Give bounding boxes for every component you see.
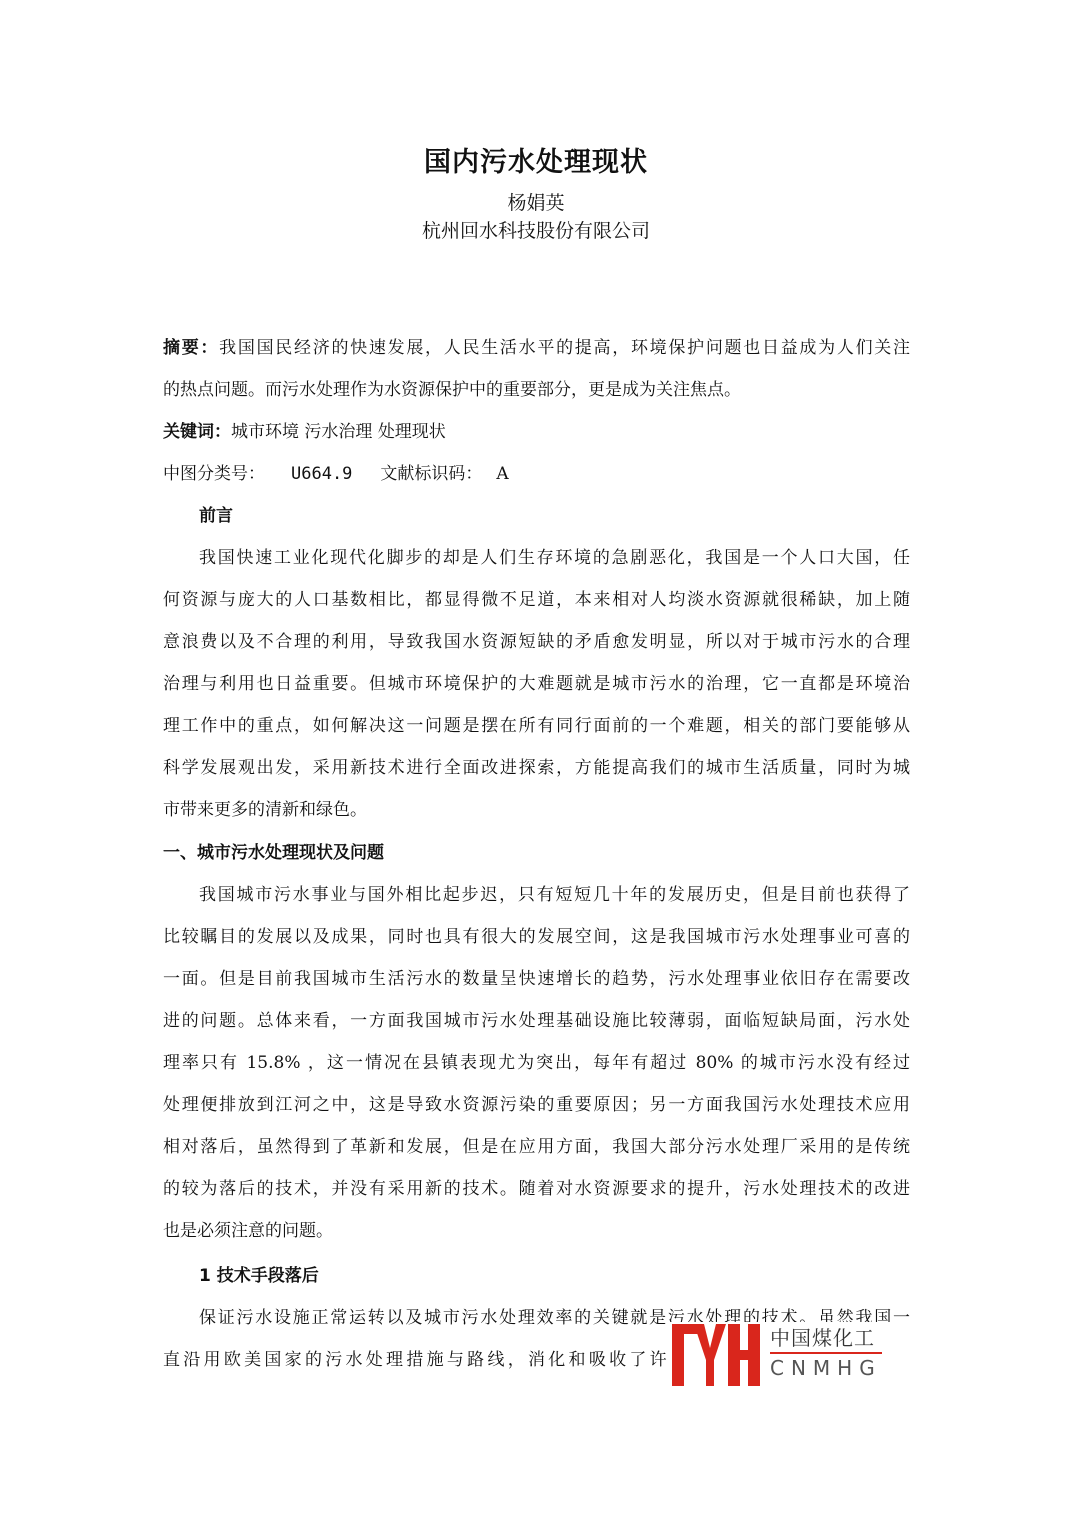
section-heading: 一、城市污水处理现状及问题 [163, 832, 910, 874]
preface-heading: 前言 [163, 495, 910, 537]
abstract: 摘要：我国国民经济的快速发展，人民生活水平的提高，环境保护问题也日益成为人们关注… [163, 327, 910, 411]
paragraph-line: 意浪费以及不合理的利用，导致我国水资源短缺的矛盾愈发明显，所以对于城市污水的合理 [163, 621, 910, 663]
paragraph-line: 理率只有 15.8% ，这一情况在县镇表现尤为突出，每年有超过 80% 的城市污… [163, 1042, 910, 1084]
keyword: 污水治理 [304, 422, 372, 442]
paragraph-line: 治理与利用也日益重要。但城市环境保护的大难题就是城市污水的治理，它一直都是环境治 [163, 663, 910, 705]
watermark-divider [770, 1352, 882, 1354]
paragraph-line: 进的问题。总体来看，一方面我国城市污水处理基础设施比较薄弱，面临短缺局面，污水处 [163, 1000, 910, 1042]
paragraph-line: 我国城市污水事业与国外相比起步迟，只有短短几十年的发展历史，但是目前也获得了 [163, 874, 910, 916]
paragraph-line: 理工作中的重点，如何解决这一问题是摆在所有同行面前的一个难题，相关的部门要能够从 [163, 705, 910, 747]
keyword: 处理现状 [378, 422, 446, 442]
paragraph-line: 的较为落后的技术，并没有采用新的技术。随着对水资源要求的提升，污水处理技术的改进 [163, 1168, 910, 1210]
author-affiliation: 杭州回水科技股份有限公司 [0, 216, 1072, 243]
paragraph-line: 比较瞩目的发展以及成果，同时也具有很大的发展空间，这是我国城市污水处理事业可喜的 [163, 916, 910, 958]
subsection-heading: 1 技术手段落后 [163, 1255, 910, 1297]
abstract-label: 摘要： [163, 338, 219, 358]
abstract-line: 的热点问题。而污水处理作为水资源保护中的重要部分，更是成为关注焦点。 [163, 369, 910, 411]
doc-code-value: A [496, 464, 508, 484]
abstract-line: 我国国民经济的快速发展，人民生活水平的提高，环境保护问题也日益成为人们关注 [219, 338, 910, 358]
page-title: 国内污水处理现状 [0, 140, 1072, 179]
paragraph-line: 处理便排放到江河之中，这是导致水资源污染的重要原因；另一方面我国污水处理技术应用 [163, 1084, 910, 1126]
doc-code-label: 文献标识码： [380, 464, 482, 484]
author-name: 杨娟英 [0, 188, 1072, 215]
watermark-name-cn: 中国煤化工 [770, 1322, 875, 1351]
keyword: 城市环境 [231, 422, 299, 442]
keywords: 关键词：城市环境 污水治理 处理现状 [163, 411, 910, 453]
watermark-logo: 中国煤化工 CNMHG [670, 1322, 920, 1388]
mh-logo-icon [670, 1322, 762, 1388]
paragraph-line: 市带来更多的清新和绿色。 [163, 789, 910, 831]
paragraph-line: 科学发展观出发，采用新技术进行全面改进探索，方能提高我们的城市生活质量，同时为城 [163, 747, 910, 789]
keywords-label: 关键词： [163, 422, 231, 442]
section-1: 一、城市污水处理现状及问题 我国城市污水事业与国外相比起步迟，只有短短几十年的发… [163, 832, 910, 1252]
classification: 中图分类号：U664.9文献标识码：A [163, 453, 910, 495]
paragraph-line: 也是必须注意的问题。 [163, 1210, 910, 1252]
paragraph-line: 相对落后，虽然得到了革新和发展，但是在应用方面，我国大部分污水处理厂采用的是传统 [163, 1126, 910, 1168]
paragraph-line: 何资源与庞大的人口基数相比，都显得微不足道，本来相对人均淡水资源就很稀缺，加上随 [163, 579, 910, 621]
clc-label: 中图分类号： [163, 464, 265, 484]
clc-value: U664.9 [291, 464, 352, 484]
paragraph-line: 我国快速工业化现代化脚步的却是人们生存环境的急剧恶化，我国是一个人口大国，任 [163, 537, 910, 579]
watermark-name-en: CNMHG [770, 1356, 882, 1380]
document-page: 国内污水处理现状 杨娟英 杭州回水科技股份有限公司 摘要：我国国民经济的快速发展… [0, 0, 1072, 1516]
preface-section: 前言 我国快速工业化现代化脚步的却是人们生存环境的急剧恶化，我国是一个人口大国，… [163, 495, 910, 831]
paragraph-line: 一面。但是目前我国城市生活污水的数量呈快速增长的趋势，污水处理事业依旧存在需要改 [163, 958, 910, 1000]
